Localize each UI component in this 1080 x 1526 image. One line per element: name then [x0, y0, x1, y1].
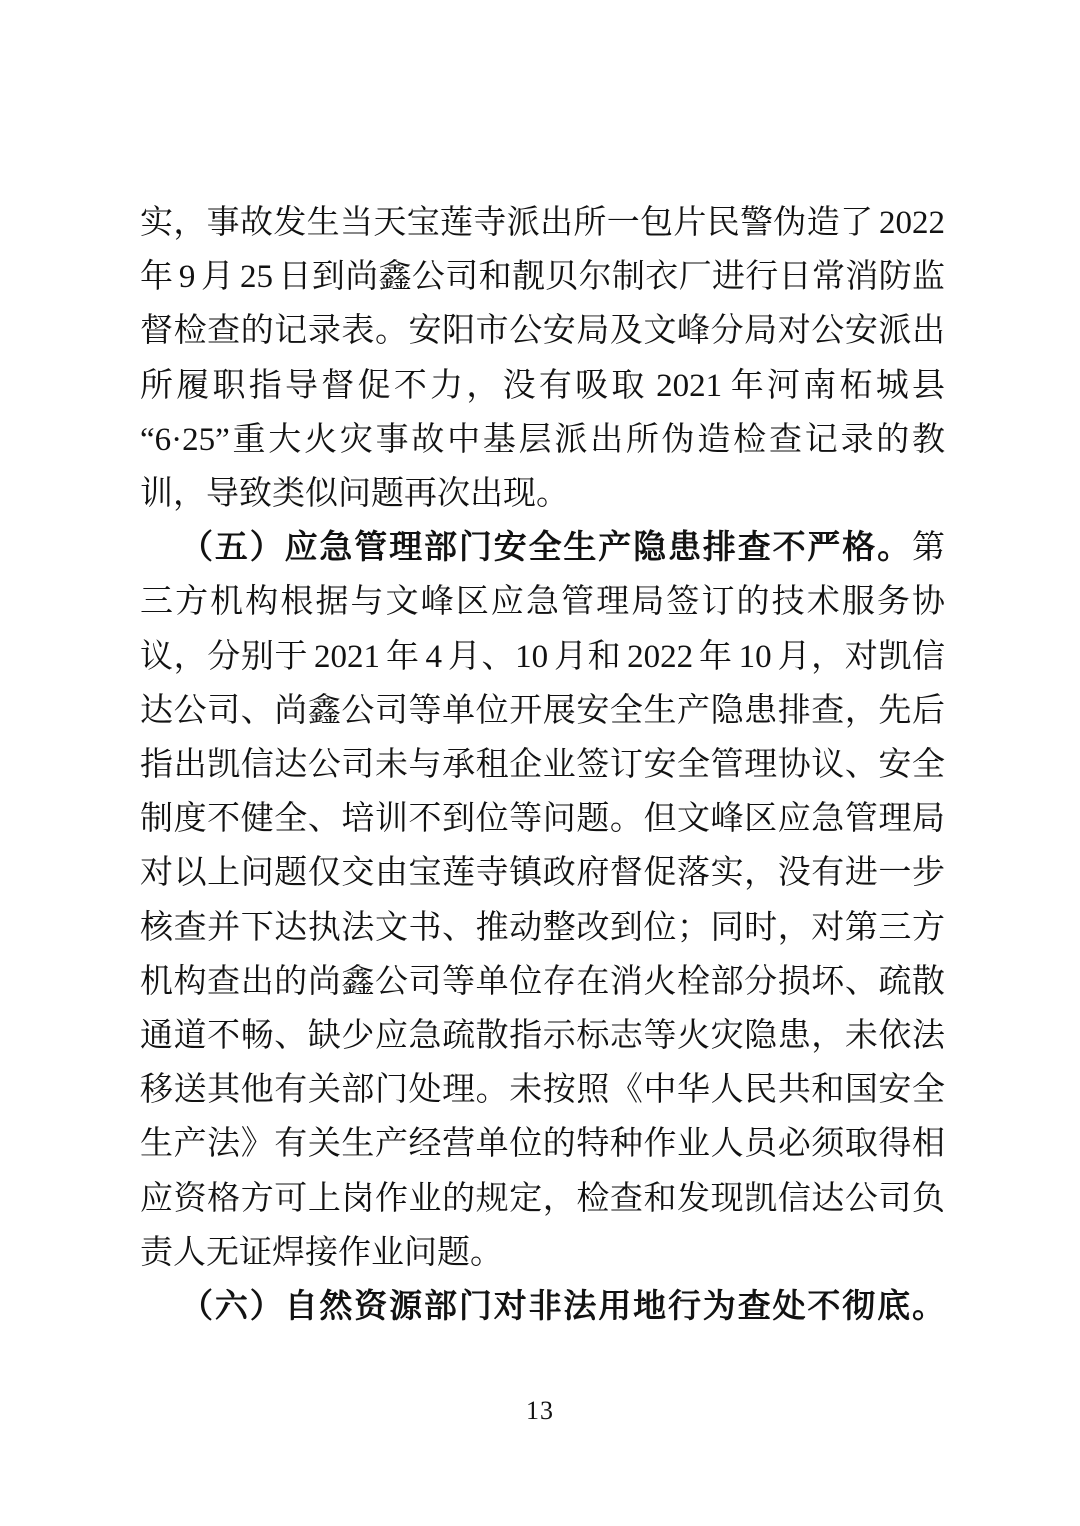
section-heading-text: （五）应急管理部门安全生产隐患排查不严格。 [180, 530, 912, 566]
body-text-segment: 达公司、尚鑫公司等单位开展安全生产隐患排查，先后 [140, 693, 945, 729]
text-line: 议，分别于 2021 年 4 月、10 月和 2022 年 10 月，对凯信 [140, 630, 945, 684]
text-line: 生产法》有关生产经营单位的特种作业人员必须取得相 [140, 1117, 945, 1171]
text-line: 督检查的记录表。安阳市公安局及文峰分局对公安派出 [140, 304, 945, 358]
body-text-segment: 督检查的记录表。安阳市公安局及文峰分局对公安派出 [140, 313, 945, 349]
body-text-segment: 议，分别于 2021 年 4 月、10 月和 2022 年 10 月，对凯信 [140, 639, 945, 675]
body-text-segment: 生产法》有关生产经营单位的特种作业人员必须取得相 [140, 1126, 945, 1162]
text-line: 所履职指导督促不力，没有吸取 2021 年河南柘城县 [140, 359, 945, 413]
text-line: 指出凯信达公司未与承租企业签订安全管理协议、安全 [140, 738, 945, 792]
text-line: 训，导致类似问题再次出现。 [140, 467, 945, 521]
body-text-segment: 对以上问题仅交由宝莲寺镇政府督促落实，没有进一步 [140, 855, 945, 891]
body-text-segment: 移送其他有关部门处理。未按照《中华人民共和国安全 [140, 1072, 945, 1108]
text-line: 应资格方可上岗作业的规定，检查和发现凯信达公司负 [140, 1172, 945, 1226]
text-line: 年 9 月 25 日到尚鑫公司和靓贝尔制衣厂进行日常消防监 [140, 250, 945, 304]
body-text-segment: 责人无证焊接作业问题。 [140, 1235, 503, 1271]
text-line: 核查并下达执法文书、推动整改到位；同时，对第三方 [140, 901, 945, 955]
text-line: 移送其他有关部门处理。未按照《中华人民共和国安全 [140, 1063, 945, 1117]
text-line: 实，事故发生当天宝莲寺派出所一包片民警伪造了 2022 [140, 196, 945, 250]
body-text-segment: 应资格方可上岗作业的规定，检查和发现凯信达公司负 [140, 1181, 945, 1217]
document-body: 实，事故发生当天宝莲寺派出所一包片民警伪造了 2022年 9 月 25 日到尚鑫… [140, 196, 945, 1334]
body-text-segment: 机构查出的尚鑫公司等单位存在消火栓部分损坏、疏散 [140, 964, 945, 1000]
body-text-segment: 年 9 月 25 日到尚鑫公司和靓贝尔制衣厂进行日常消防监 [140, 259, 945, 295]
text-line: （六）自然资源部门对非法用地行为查处不彻底。 [140, 1280, 945, 1334]
text-line: （五）应急管理部门安全生产隐患排查不严格。第 [140, 521, 945, 575]
body-text-segment: 所履职指导督促不力，没有吸取 2021 年河南柘城县 [140, 368, 945, 404]
body-text-segment: 制度不健全、培训不到位等问题。但文峰区应急管理局 [140, 801, 945, 837]
text-line: 通道不畅、缺少应急疏散指示标志等火灾隐患，未依法 [140, 1009, 945, 1063]
body-text-segment: 三方机构根据与文峰区应急管理局签订的技术服务协 [140, 584, 945, 620]
text-line: 制度不健全、培训不到位等问题。但文峰区应急管理局 [140, 792, 945, 846]
text-line: 机构查出的尚鑫公司等单位存在消火栓部分损坏、疏散 [140, 955, 945, 1009]
body-text-segment: 通道不畅、缺少应急疏散指示标志等火灾隐患，未依法 [140, 1018, 945, 1054]
document-page: 实，事故发生当天宝莲寺派出所一包片民警伪造了 2022年 9 月 25 日到尚鑫… [0, 0, 1080, 1526]
page-number-label: 13 [0, 1396, 1080, 1426]
body-text-segment: 第 [912, 530, 945, 566]
text-line: 对以上问题仅交由宝莲寺镇政府督促落实，没有进一步 [140, 846, 945, 900]
text-line: “6·25”重大火灾事故中基层派出所伪造检查记录的教 [140, 413, 945, 467]
text-line: 达公司、尚鑫公司等单位开展安全生产隐患排查，先后 [140, 684, 945, 738]
body-text-segment: 核查并下达执法文书、推动整改到位；同时，对第三方 [140, 910, 945, 946]
body-text-segment: “6·25”重大火灾事故中基层派出所伪造检查记录的教 [140, 422, 945, 458]
section-heading-text: （六）自然资源部门对非法用地行为查处不彻底。 [180, 1289, 945, 1325]
body-text-segment: 指出凯信达公司未与承租企业签订安全管理协议、安全 [140, 747, 945, 783]
body-text-segment: 实，事故发生当天宝莲寺派出所一包片民警伪造了 2022 [140, 205, 945, 241]
text-line: 责人无证焊接作业问题。 [140, 1226, 945, 1280]
body-text-segment: 训，导致类似问题再次出现。 [140, 476, 569, 512]
text-line: 三方机构根据与文峰区应急管理局签订的技术服务协 [140, 575, 945, 629]
